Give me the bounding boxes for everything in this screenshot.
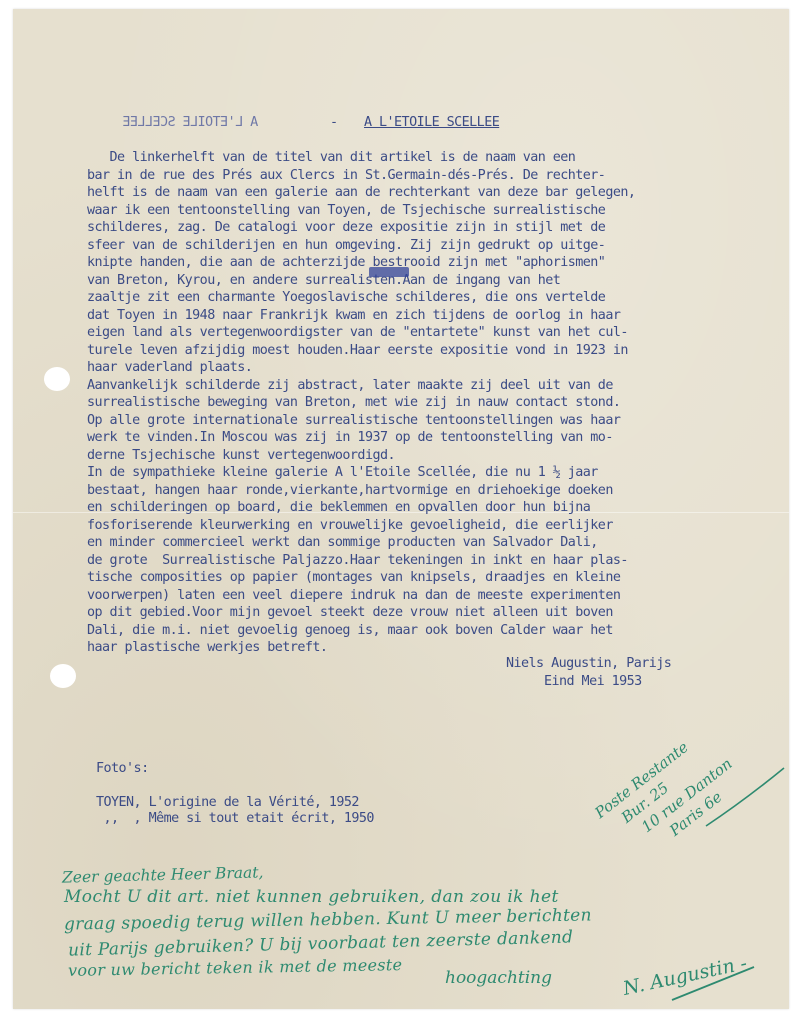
typed-strikeout: [369, 267, 409, 277]
body-line: Aanvankelijk schilderde zij abstract, la…: [87, 378, 613, 393]
body-line: werk te vinden.In Moscou was zij in 1937…: [87, 430, 613, 445]
body-line: schilderes, zag. De catalogi voor deze e…: [87, 220, 605, 235]
body-line: bar in de rue des Prés aux Clercs in St.…: [87, 168, 605, 183]
page-title: A L'ETOILE SCELLEE: [364, 115, 499, 130]
note-line: Mocht U dit art. niet kunnen gebruiken, …: [64, 887, 559, 907]
body-line: dat Toyen in 1948 naar Frankrijk kwam en…: [87, 308, 620, 323]
body-line: De linkerhelft van de titel van dit arti…: [87, 150, 575, 165]
author-line: Niels Augustin, Parijs: [506, 656, 671, 671]
note-closing: hoogachting: [445, 968, 552, 988]
signature-underline: [668, 955, 758, 1005]
body-line: sfeer van de schilderijen en hun omgevin…: [87, 238, 605, 253]
punch-hole-bottom: [50, 664, 76, 688]
punch-hole-top: [44, 367, 70, 391]
body-line: surrealistische beweging van Breton, met…: [87, 395, 620, 410]
body-line: de grote Surrealistische Paljazzo.Haar t…: [87, 553, 628, 568]
body-line: en minder commercieel werkt dan sommige …: [87, 535, 598, 550]
body-line: haar plastische werkjes betreft.: [87, 640, 327, 655]
body-line: voorwerpen) laten een veel diepere indru…: [87, 588, 620, 603]
body-line: Op alle grote internationale surrealisti…: [87, 413, 620, 428]
photo-caption: TOYEN, L'origine de la Vérité, 1952: [96, 795, 359, 810]
body-line: derne Tsjechische kunst vertegenwoordigd…: [87, 448, 395, 463]
body-line: Dali, die m.i. niet gevoelig genoeg is, …: [87, 623, 613, 638]
body-line: van Breton, Kyrou, en andere surrealiste…: [87, 273, 560, 288]
body-line: waar ik een tentoonstelling van Toyen, d…: [87, 203, 605, 218]
date-line: Eind Mei 1953: [544, 674, 642, 689]
body-line: zaaltje zit een charmante Yoegoslavische…: [87, 290, 605, 305]
body-line: turele leven afzijdig moest houden.Haar …: [87, 343, 628, 358]
photo-caption: ,, , Même si tout etait écrit, 1950: [96, 811, 374, 826]
body-line: tische composities op papier (montages v…: [87, 570, 620, 585]
body-line: bestaat, hangen haar ronde,vierkante,har…: [87, 483, 613, 498]
body-line: en schilderingen op board, die beklemmen…: [87, 500, 590, 515]
title-dash: -: [330, 115, 338, 130]
address-underline: [700, 760, 790, 830]
body-line: op dit gebied.Voor mijn gevoel steekt de…: [87, 605, 613, 620]
body-line: eigen land als vertegenwoordigster van d…: [87, 325, 628, 340]
body-line: In de sympathieke kleine galerie A l'Eto…: [87, 465, 598, 480]
body-line: knipte handen, die aan de achterzijde be…: [87, 255, 605, 270]
body-line: haar vaderland plaats.: [87, 360, 252, 375]
body-line: helft is de naam van een galerie aan de …: [87, 185, 635, 200]
body-line: fosforiserende kleurwerking en vrouwelij…: [87, 518, 613, 533]
title-mirrored-offset: A L'ETOILE SCELLEE: [123, 115, 258, 130]
photos-heading: Foto's:: [96, 761, 149, 776]
